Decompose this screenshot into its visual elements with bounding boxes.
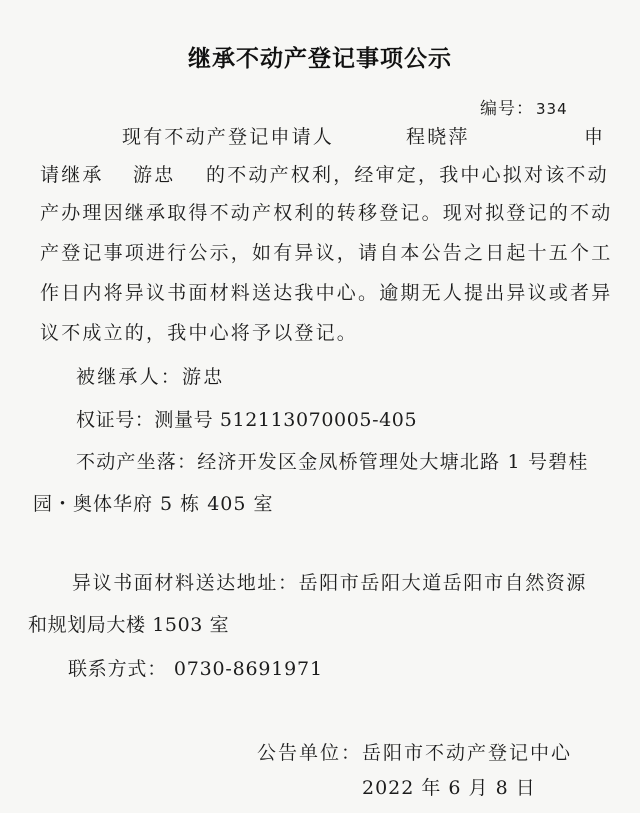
paragraph-line-4: 产登记事项进行公示，如有异议，请自本公告之日起十五个工 — [40, 238, 612, 265]
issue-date: 2022 年 6 月 8 日 — [362, 773, 536, 800]
document-number-label: 编号： — [480, 99, 534, 119]
property-location-field: 不动产坐落：经济开发区金凤桥管理处大塘北路 1 号碧桂 — [76, 447, 589, 474]
decedent-name: 游忠 — [133, 160, 175, 187]
property-location-field-cont: 园・奥体华府 5 栋 405 室 — [33, 489, 274, 516]
document-title: 继承不动产登记事项公示 — [0, 40, 640, 73]
document-number-value: 334 — [536, 100, 568, 118]
paragraph-line-3: 产办理因继承取得不动产权利的转移登记。现对拟登记的不动 — [40, 198, 612, 225]
paragraph-line-2-prefix: 请继承 — [40, 160, 104, 187]
paragraph-line-1-prefix: 现有不动产登记申请人 — [122, 122, 334, 149]
applicant-name: 程晓萍 — [406, 122, 470, 149]
document-number: 编号：334 — [480, 94, 568, 119]
objection-address-field-cont: 和规划局大楼 1503 室 — [28, 610, 229, 637]
paragraph-line-1-suffix: 申 — [584, 122, 605, 149]
issuer: 公告单位：岳阳市不动产登记中心 — [257, 738, 572, 765]
objection-address-field: 异议书面材料送达地址：岳阳市岳阳大道岳阳市自然资源 — [72, 568, 587, 595]
decedent-field: 被继承人：游忠 — [76, 362, 224, 389]
paragraph-line-5: 作日内将异议书面材料送达我中心。逾期无人提出异议或者异 — [40, 278, 612, 305]
certificate-number-field: 权证号：测量号 512113070005-405 — [76, 405, 417, 432]
paragraph-line-6: 议不成立的，我中心将予以登记。 — [40, 318, 358, 345]
paragraph-line-2-suffix: 的不动产权利，经审定，我中心拟对该不动 — [206, 160, 609, 187]
contact-field: 联系方式： 0730-8691971 — [68, 654, 323, 681]
